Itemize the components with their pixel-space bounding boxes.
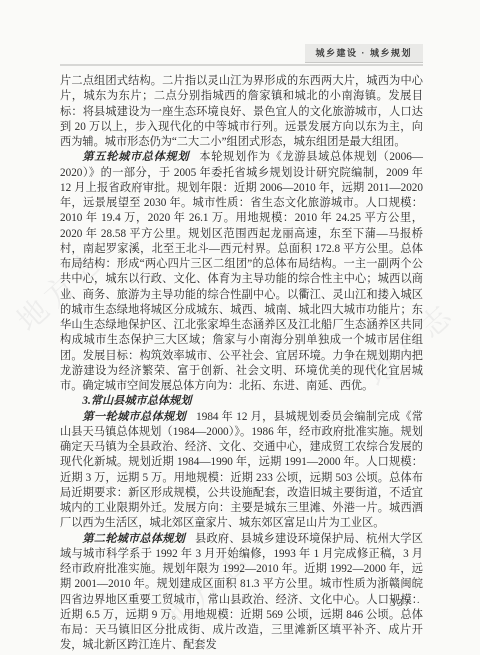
document-page: 地方志 地方志 地方志 城乡建设 · 城乡规划 片二点组团式结构。二片指以灵山江… xyxy=(0,0,480,655)
section-heading-text: 3.常山县城市总体规划 xyxy=(82,395,191,407)
paragraph-text: 片二点组团式结构。二片指以灵山江为界形成的东西两大片，城西为中心片，城东为东片；… xyxy=(60,75,423,148)
section-header-badge: 城乡建设 · 城乡规划 xyxy=(305,44,424,63)
paragraph-text: 1984 年 12 月，县城规划委员会编制完成《常山县天马镇总体规划（1984—… xyxy=(60,411,423,530)
header-rule xyxy=(60,64,423,66)
paragraph-second-round-plan: 第二轮城市总体规划县政府、县城乡建设环境保护局、杭州大学区域与城市科学系于 19… xyxy=(60,532,423,654)
section-header-label: 城乡建设 · 城乡规划 xyxy=(316,48,413,58)
section-heading: 3.常山县城市总体规划 xyxy=(60,394,423,409)
run-in-heading: 第二轮城市总体规划 xyxy=(82,533,185,545)
paragraph-first-round-plan: 第一轮城市总体规划1984 年 12 月，县城规划委员会编制完成《常山县天马镇总… xyxy=(60,410,423,532)
page-header: 城乡建设 · 城乡规划 xyxy=(60,44,423,66)
page-number: · 337 · xyxy=(380,598,422,609)
paragraph-text: 本轮规划作为《龙游县域总体规划（2006—2020）》的一部分，于 2005 年… xyxy=(60,151,423,392)
page-body: 片二点组团式结构。二片指以灵山江为界形成的东西两大片，城西为中心片，城东为东片；… xyxy=(60,74,423,654)
run-in-heading: 第一轮城市总体规划 xyxy=(82,411,186,423)
paragraph-continuation: 片二点组团式结构。二片指以灵山江为界形成的东西两大片，城西为中心片，城东为东片；… xyxy=(60,74,423,150)
paragraph-fifth-round-plan: 第五轮城市总体规划本轮规划作为《龙游县域总体规划（2006—2020）》的一部分… xyxy=(60,150,423,394)
run-in-heading: 第五轮城市总体规划 xyxy=(82,151,189,163)
paragraph-text: 县政府、县城乡建设环境保护局、杭州大学区域与城市科学系于 1992 年 3 月开… xyxy=(60,533,423,652)
